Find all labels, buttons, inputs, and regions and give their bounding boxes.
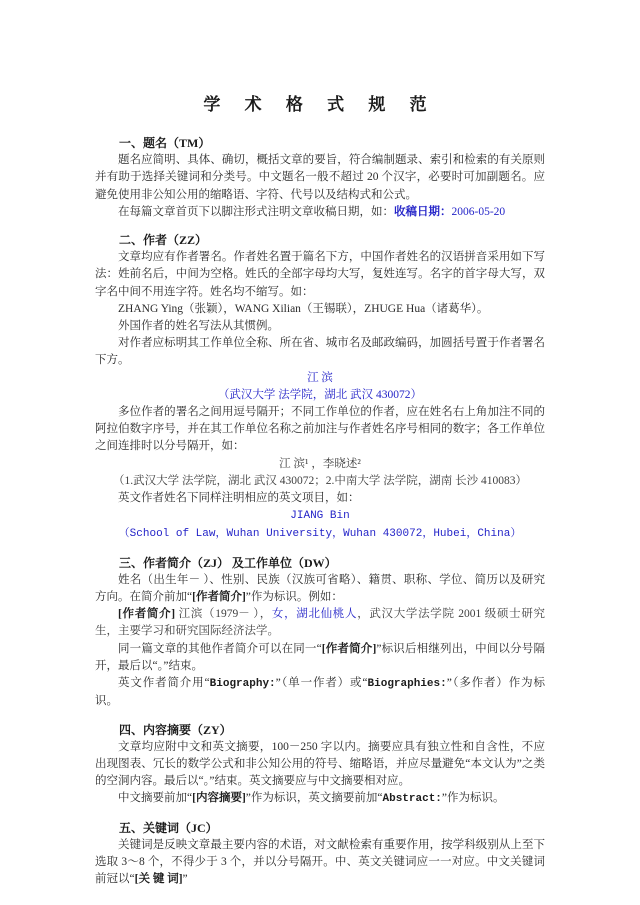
text-run: ZHANG Ying（张颖），WANG Xilian（王锡联），ZHUGE Hu… (118, 303, 488, 315)
text-run: 江 滨¹ ，李晓述² (279, 458, 361, 470)
paragraph: 对作者应标明其工作单位全称、所在省、城市名及邮政编码，加圆括号置于作者署名下方。 (95, 335, 545, 369)
text-run: Biographies: (368, 678, 447, 690)
text-run: 文章均应附中文和英文摘要，100－250 字以内。摘要应具有独立性和自含性，不应… (95, 741, 545, 787)
text-run: Abstract: (383, 793, 442, 805)
paragraph: 文章均应有作者署名。作者姓名置于篇名下方，中国作者姓名的汉语拼音采用如下写法：姓… (95, 249, 545, 301)
centered-line: （1.武汉大学 法学院，湖北 武汉 430072；2.中南大学 法学院，湖南 长… (95, 473, 545, 490)
section-heading: 三、作者简介（ZJ） 及工作单位（DW） (95, 555, 545, 572)
section-heading: 二、作者（ZZ） (95, 232, 545, 249)
document-title: 学 术 格 式 规 范 (95, 90, 545, 115)
section-3: 三、作者简介（ZJ） 及工作单位（DW）姓名（出生年－ ）、性别、民族（汉族可省… (95, 555, 545, 711)
paragraph: 在每篇文章首页下以脚注形式注明文章收稿日期，如：收稿日期：2006-05-20 (95, 204, 545, 221)
paragraph: 英文作者简介用“Biography:”（单一作者）或“Biographies:”… (95, 675, 545, 710)
text-run: [作者简介] (192, 591, 246, 603)
centered-line: 江 滨¹ ，李晓述² (95, 456, 545, 473)
section-2: 二、作者（ZZ）文章均应有作者署名。作者姓名置于篇名下方，中国作者姓名的汉语拼音… (95, 232, 545, 544)
paragraph: 外国作者的姓名写法从其惯例。 (95, 318, 545, 335)
text-run: 题名应简明、具体、确切，概括文章的要旨，符合编制题录、索引和检索的有关原则并有助… (95, 154, 545, 200)
section-4: 四、内容摘要（ZY）文章均应附中文和英文摘要，100－250 字以内。摘要应具有… (95, 722, 545, 809)
paragraph: 题名应简明、具体、确切，概括文章的要旨，符合编制题录、索引和检索的有关原则并有助… (95, 152, 545, 204)
text-run: 收稿日期： (394, 206, 452, 218)
paragraph: ZHANG Ying（张颖），WANG Xilian（王锡联），ZHUGE Hu… (95, 301, 545, 318)
section-heading: 一、题名（TM） (95, 135, 545, 152)
text-run: （1.武汉大学 法学院，湖北 武汉 430072；2.中南大学 法学院，湖南 长… (113, 475, 527, 487)
paragraph: 英文作者姓名下同样注明相应的英文项目，如： (95, 490, 545, 507)
paragraph: 关键词是反映文章最主要内容的术语，对文献检索有重要作用，按学科级别从上至下选取 … (95, 837, 545, 889)
section-heading: 五、关键词（JC） (95, 820, 545, 837)
paragraph: 多位作者的署名之间用逗号隔开；不同工作单位的作者，应在姓名右上角加注不同的阿拉伯… (95, 404, 545, 456)
text-run: 江滨（1979－ ）， (175, 608, 272, 620)
text-run: 英文作者简介用“ (118, 677, 210, 689)
text-run: ” (183, 873, 188, 885)
text-run: 外国作者的姓名写法从其惯例。 (118, 320, 279, 332)
text-run: （武汉大学 法学院，湖北 武汉 430072） (218, 389, 422, 401)
centered-line: 江 滨 (95, 370, 545, 387)
paragraph: 文章均应附中文和英文摘要，100－250 字以内。摘要应具有独立性和自含性，不应… (95, 739, 545, 791)
text-run: 同一篇文章的其他作者简介可以在同一“ (118, 643, 322, 655)
centered-line: （School of Law，Wuhan University，Wuhan 43… (95, 525, 545, 543)
text-run: ”作为标识。例如： (246, 591, 343, 603)
text-run: 多位作者的署名之间用逗号隔开；不同工作单位的作者，应在姓名右上角加注不同的阿拉伯… (95, 406, 545, 452)
text-run: 在每篇文章首页下以脚注形式注明文章收稿日期，如： (118, 206, 394, 218)
paragraph: 中文摘要前加“[内容摘要]”作为标识，英文摘要前加“Abstract:”作为标识… (95, 790, 545, 808)
document-body: 一、题名（TM）题名应简明、具体、确切，概括文章的要旨，符合编制题录、索引和检索… (95, 135, 545, 888)
text-run: 女，湖北仙桃人 (272, 608, 357, 620)
text-run: Biography: (210, 678, 276, 690)
text-run: ”（单一作者）或“ (276, 677, 368, 689)
text-run: [关 键 词] (135, 873, 183, 885)
section-5: 五、关键词（JC）关键词是反映文章最主要内容的术语，对文献检索有重要作用，按学科… (95, 820, 545, 889)
text-run: （School of Law，Wuhan University，Wuhan 43… (119, 528, 522, 540)
text-run: [作者简介] (322, 643, 377, 655)
paragraph: 姓名（出生年－ ）、性别、民族（汉族可省略）、籍贯、职称、学位、简历以及研究方向… (95, 572, 545, 606)
text-run: 江 滨 (307, 372, 333, 384)
centered-line: （武汉大学 法学院，湖北 武汉 430072） (95, 387, 545, 404)
section-heading: 四、内容摘要（ZY） (95, 722, 545, 739)
text-run: ”作为标识，英文摘要前加“ (246, 792, 383, 804)
text-run: 中文摘要前加“ (118, 792, 192, 804)
section-1: 一、题名（TM）题名应简明、具体、确切，概括文章的要旨，符合编制题录、索引和检索… (95, 135, 545, 221)
text-run: [内容摘要] (192, 792, 246, 804)
text-run: 文章均应有作者署名。作者姓名置于篇名下方，中国作者姓名的汉语拼音采用如下写法：姓… (95, 251, 545, 297)
text-run: 2006-05-20 (452, 206, 506, 218)
text-run: 对作者应标明其工作单位全称、所在省、城市名及邮政编码，加圆括号置于作者署名下方。 (95, 337, 545, 366)
text-run: [作者简介] (118, 608, 175, 620)
paragraph: 同一篇文章的其他作者简介可以在同一“[作者简介]”标识后相继列出，中间以分号隔开… (95, 641, 545, 675)
text-run: JIANG Bin (290, 510, 349, 522)
paragraph: [作者简介] 江滨（1979－ ），女，湖北仙桃人，武汉大学法学院 2001 级… (95, 606, 545, 640)
text-run: 英文作者姓名下同样注明相应的英文项目，如： (118, 492, 360, 504)
document-page: 学 术 格 式 规 范 一、题名（TM）题名应简明、具体、确切，概括文章的要旨，… (0, 0, 640, 905)
centered-line: JIANG Bin (95, 507, 545, 525)
text-run: ”作为标识。 (442, 792, 505, 804)
